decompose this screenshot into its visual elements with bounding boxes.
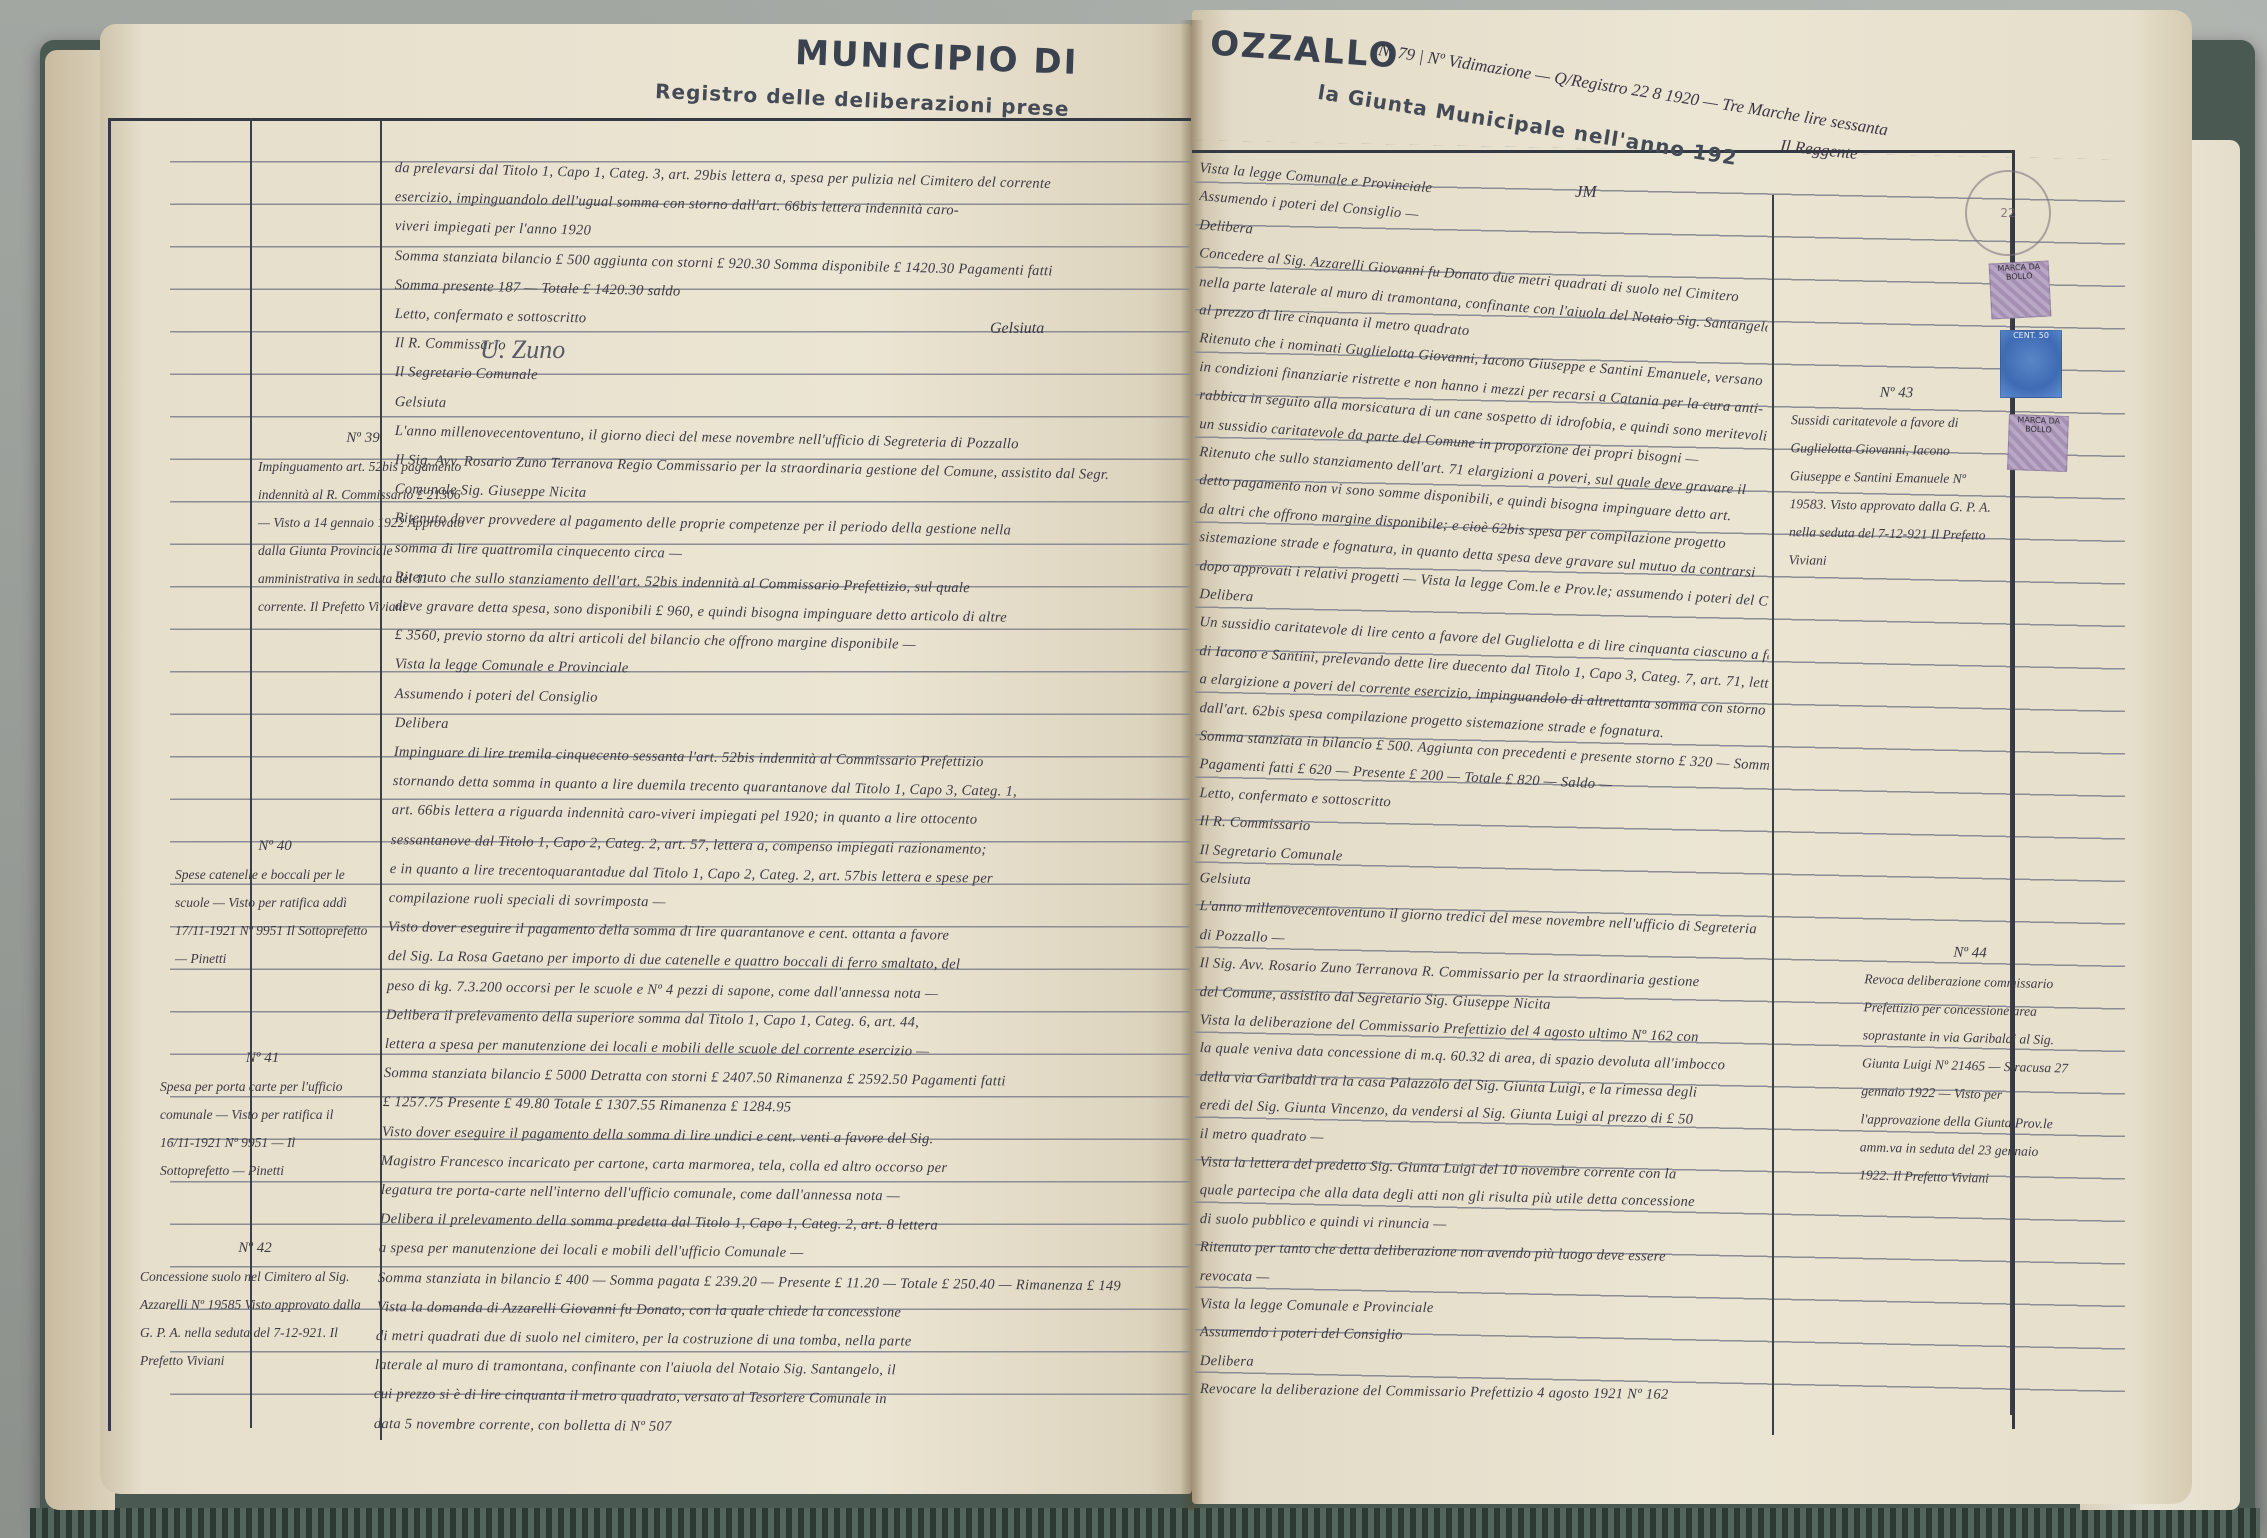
postmark-stamp: 22 xyxy=(1965,170,2051,256)
left-body-line: Gelsiuta xyxy=(395,394,447,412)
left-body-line: data 5 novembre corrente, con bolletta d… xyxy=(373,1416,671,1436)
left-page-frame xyxy=(108,118,1191,1431)
right-body-line: revocata — xyxy=(1200,1268,1270,1286)
cover-marbled-edge xyxy=(30,1508,2260,1538)
revenue-stamp-blue: CENT. 50 xyxy=(2000,330,2062,398)
side-entry-44: Nº 44 Revoca deliberazione commissario P… xyxy=(1859,942,2075,1194)
right-body-line: il metro quadrato — xyxy=(1200,1126,1324,1146)
right-body-line: di Pozzallo — xyxy=(1199,927,1285,947)
secretary-signature-left: Gelsiuta xyxy=(990,320,1044,338)
right-body-line: Delibera xyxy=(1199,586,1254,606)
right-side-column-line xyxy=(1772,195,1774,1435)
margin-entry-41: Nº 41 Spesa per porta carte per l'uffici… xyxy=(160,1050,365,1185)
right-body-line: Gelsiuta xyxy=(1199,870,1251,889)
side-entry-43: Nº 43 Sussidi caritatevole a favore di G… xyxy=(1788,383,2001,578)
left-body-line: Delibera xyxy=(394,715,448,733)
revenue-stamp-violet-2: MARCA DA BOLLO xyxy=(2007,414,2069,472)
right-body-line: Delibera xyxy=(1200,1353,1254,1371)
left-margin-column-line xyxy=(250,118,252,1428)
left-body-line: Assumendo i poteri del Consiglio xyxy=(395,686,598,707)
commissioner-signature-left: U. Zuno xyxy=(480,335,565,365)
postmark-day: 22 xyxy=(2000,206,2015,220)
initials-mark: JM xyxy=(1575,182,1597,202)
margin-entry-42: Nº 42 Concessione suolo nel Cimitero al … xyxy=(140,1240,370,1375)
revenue-stamp-violet-1: MARCA DA BOLLO xyxy=(1989,260,2052,319)
margin-entry-40: Nº 40 Spese catenelle e boccali per le s… xyxy=(175,838,375,973)
